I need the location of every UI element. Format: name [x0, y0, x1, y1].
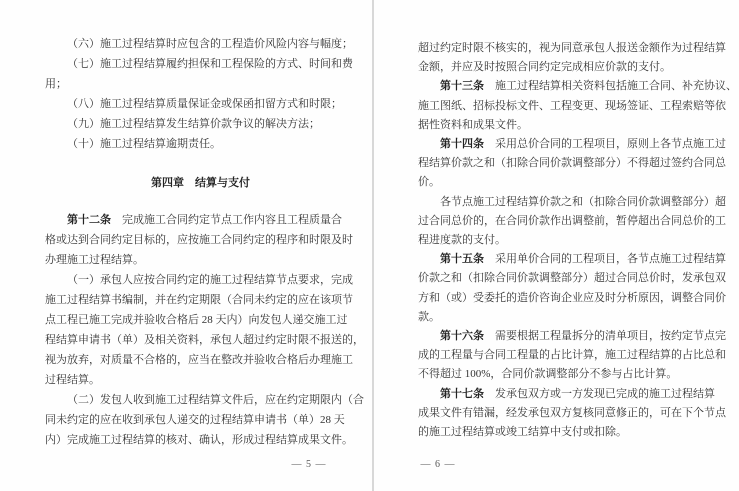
text-line: （八）施工过程结算质量保证金或保函扣留方式和时限； [45, 94, 356, 114]
text-line: 施工图纸、招标投标文件、工程变更、现场签证、工程索赔等依 [418, 97, 728, 116]
chapter-heading: 第四章 结算与支付 [45, 173, 356, 193]
text-line: （七）施工过程结算履约担保和工程保险的方式、时间和费 [45, 54, 356, 74]
text-line: 第十三条 施工过程结算相关资料包括施工合同、补充协议、 [418, 77, 728, 96]
text-line: 价款之和（扣除合同价款调整部分）超过合同总价时，发承包双 [418, 269, 728, 288]
text-line: （二）发包人收到施工过程结算文件后，应在约定期限内（合 [45, 390, 356, 410]
page-content: 超过约定时限不核实的，视为同意承包人报送金额作为过程结算金额，并应及时按照合同约… [374, 0, 739, 442]
article-number: 第十四条 [440, 138, 484, 150]
page-content: （六）施工过程结算时应包含的工程造价风险内容与幅度；（七）施工过程结算履约担保和… [0, 0, 372, 450]
document-spread: （六）施工过程结算时应包含的工程造价风险内容与幅度；（七）施工过程结算履约担保和… [0, 0, 739, 491]
text-line: 第十二条 完成施工合同约定节点工作内容且工程质量合 [45, 210, 356, 230]
article-number: 第十三条 [440, 80, 484, 92]
text-line: 超过约定时限不核实的，视为同意承包人报送金额作为过程结算 [418, 39, 728, 58]
text-line: 视为放弃，对质量不合格的，应当在整改并验收合格后办理施工 [45, 350, 356, 370]
text-line: 程结算申请书（单）及相关资料，承包人超过约定时限不报送的， [45, 330, 356, 350]
text-line: 据性资料和成果文件。 [418, 116, 728, 135]
text-line: 第十五条 采用单价合同的工程项目，各节点施工过程结算 [418, 250, 728, 269]
text-line: 方和（或）受委托的造价咨询企业应及时分析原因，调整合同价 [418, 289, 728, 308]
text-line: 程进度款的支付。 [418, 231, 728, 250]
text-line: （十）施工过程结算逾期责任。 [45, 134, 356, 154]
text-line: 的施工过程结算或竣工结算中支付或扣除。 [418, 423, 728, 442]
text-line: （九）施工过程结算发生结算价款争议的解决方法； [45, 114, 356, 134]
text-line: 第十七条 发承包双方或一方发现已完成的施工过程结算 [418, 385, 728, 404]
page-number: — 6 — [421, 459, 456, 470]
text-line: 成果文件有错漏，经发承包双方复核同意修正的，可在下个节点 [418, 404, 728, 423]
text-line: （一）承包人应按合同约定的施工过程结算节点要求，完成 [45, 270, 356, 290]
text-line: 各节点施工过程结算价款之和（扣除合同价款调整部分）超 [418, 193, 728, 212]
article-number: 第十五条 [440, 253, 484, 265]
text-line: 不得超过 100%，合同价款调整部分不参与占比计算。 [418, 365, 728, 384]
text-line: 过合同总价的，在合同价款作出调整前，暂停超出合同总价的工 [418, 212, 728, 231]
page-number: — 5 — [292, 459, 327, 470]
text-line: 金额，并应及时按照合同约定完成相应价款的支付。 [418, 58, 728, 77]
text-line: 第十六条 需要根据工程量拆分的清单项目，按约定节点完 [418, 327, 728, 346]
text-line: 价。 [418, 173, 728, 192]
article-number: 第十二条 [67, 214, 111, 226]
text-line: 内）完成施工过程结算的核对、确认，形成过程结算成果文件。 [45, 430, 356, 450]
text-line: 用； [45, 74, 356, 94]
text-line: 施工过程结算书编制，并在约定期限（合同未约定的应在该项节 [45, 290, 356, 310]
text-line: 过程结算。 [45, 370, 356, 390]
page-5: （六）施工过程结算时应包含的工程造价风险内容与幅度；（七）施工过程结算履约担保和… [0, 0, 372, 491]
text-line: 同未约定的应在收到承包人递交的过程结算申请书（单）28 天 [45, 410, 356, 430]
article-number: 第十六条 [440, 330, 484, 342]
text-line: 款。 [418, 308, 728, 327]
text-line: 办理施工过程结算。 [45, 250, 356, 270]
text-line: 点工程已施工完成并验收合格后 28 天内）向发包人递交施工过 [45, 310, 356, 330]
text-line: 成的工程量与合同工程量的占比计算，施工过程结算的占比总和 [418, 346, 728, 365]
page-6: 超过约定时限不核实的，视为同意承包人报送金额作为过程结算金额，并应及时按照合同约… [374, 0, 739, 491]
article-number: 第十七条 [440, 388, 484, 400]
text-line: （六）施工过程结算时应包含的工程造价风险内容与幅度； [45, 34, 356, 54]
text-line: 格或达到合同约定目标的，应按施工合同约定的程序和时限及时 [45, 230, 356, 250]
text-line: 程结算价款之和（扣除合同价款调整部分）不得超过签约合同总 [418, 154, 728, 173]
text-line: 第十四条 采用总价合同的工程项目，原则上各节点施工过 [418, 135, 728, 154]
